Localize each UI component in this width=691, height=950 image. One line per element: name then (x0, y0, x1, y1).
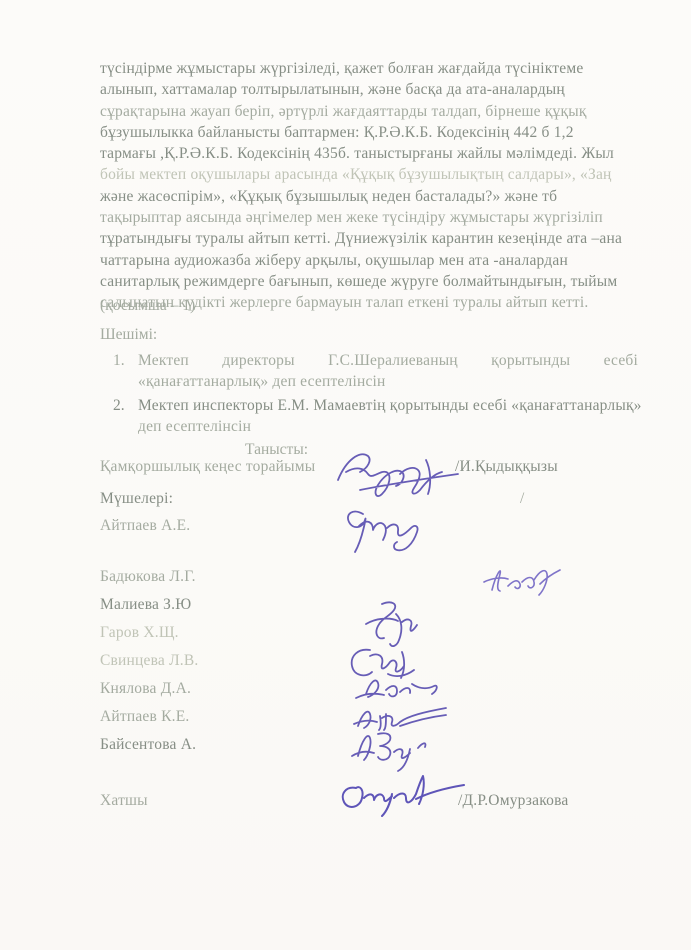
paragraph-line: чаттарына аудиожазба жіберу арқылы, оқуш… (100, 250, 660, 271)
paragraph-line: санитарлық режимдерге бағынып, көшеде жү… (100, 271, 660, 292)
member-signature-aitpaev-ae (335, 498, 430, 560)
member-name: Айтпаев А.Е. (100, 517, 190, 535)
acquainted-heading: Танысты: (245, 441, 308, 459)
secretary-role-label: Хатшы (100, 792, 148, 810)
decision-item-number: 2. (113, 395, 129, 438)
decision-item-line: Мектеп директоры Г.С.Шералиеваның қорыты… (138, 350, 638, 371)
member-signature-baisentova (340, 724, 432, 774)
member-name: Байсентова А. (100, 736, 196, 754)
paragraph-line: сұрақтарына жауап беріп, әртүрлі жағдаят… (100, 101, 660, 122)
member-name: Малиева З.Ю (100, 596, 191, 614)
paragraph-line: түсіндірме жұмыстары жүргізіледі, қажет … (100, 58, 660, 79)
member-name: Свинцева Л.В. (100, 652, 199, 670)
paragraph-line: тақырыптар аясында әңгімелер мен жеке тү… (100, 207, 660, 228)
member-name: Бадюкова Л.Г. (100, 568, 196, 586)
paragraph-line: алынып, хаттамалар толтырылатынын, және … (100, 79, 660, 100)
member-signature-badyukova (476, 560, 564, 602)
paragraph-line: бойы мектеп оқушылары арасында «Құқық бұ… (100, 164, 660, 185)
member-name: Айтпаев К.Е. (100, 708, 189, 726)
members-label: Мүшелері: (100, 490, 173, 508)
chair-name-label: /И.Қыдыққызы (455, 458, 558, 476)
members-slash: / (520, 490, 525, 508)
paragraph-line: және жасөспірім», «Құқық бұзышылық неден… (100, 186, 660, 207)
decision-item: 2. Мектеп инспекторы Е.М. Мамаевтің қоры… (113, 395, 638, 438)
member-name: Княлова Д.А. (100, 680, 191, 698)
secretary-name-label: /Д.Р.Омурзакова (458, 792, 569, 810)
attachment-note: (қосымша – 1) (100, 297, 195, 315)
secretary-signature-omurzakova (328, 768, 468, 823)
decision-item-line: «қанағаттанарлық» деп есептелінсін (138, 371, 638, 392)
decision-item-line: деп есептелінсін (138, 416, 638, 437)
body-paragraph: түсіндірме жұмыстары жүргізіледі, қажет … (100, 58, 660, 314)
scanned-protocol-page: түсіндірме жұмыстары жүргізіледі, қажет … (0, 0, 691, 950)
paragraph-line: бұзушылыкка байланысты баптармен: Қ.Р.Ә.… (100, 122, 660, 143)
decision-heading: Шешімі: (100, 326, 157, 344)
member-name: Гаров Х.Щ. (100, 624, 179, 642)
chair-role-label: Қамқоршылық кеңес торайымы (100, 458, 315, 476)
decision-item: 1. Мектеп директоры Г.С.Шералиеваның қор… (113, 350, 638, 393)
decision-item-line: Мектеп инспекторы Е.М. Мамаевтің қорытын… (138, 395, 638, 416)
decision-item-number: 1. (113, 350, 129, 393)
paragraph-line: тармағы ,Қ.Р.Ә.К.Б. Кодексінің 435б. тан… (100, 143, 660, 164)
paragraph-line: тұратындығы туралы айтып кетті. Дүниежүз… (100, 228, 660, 249)
